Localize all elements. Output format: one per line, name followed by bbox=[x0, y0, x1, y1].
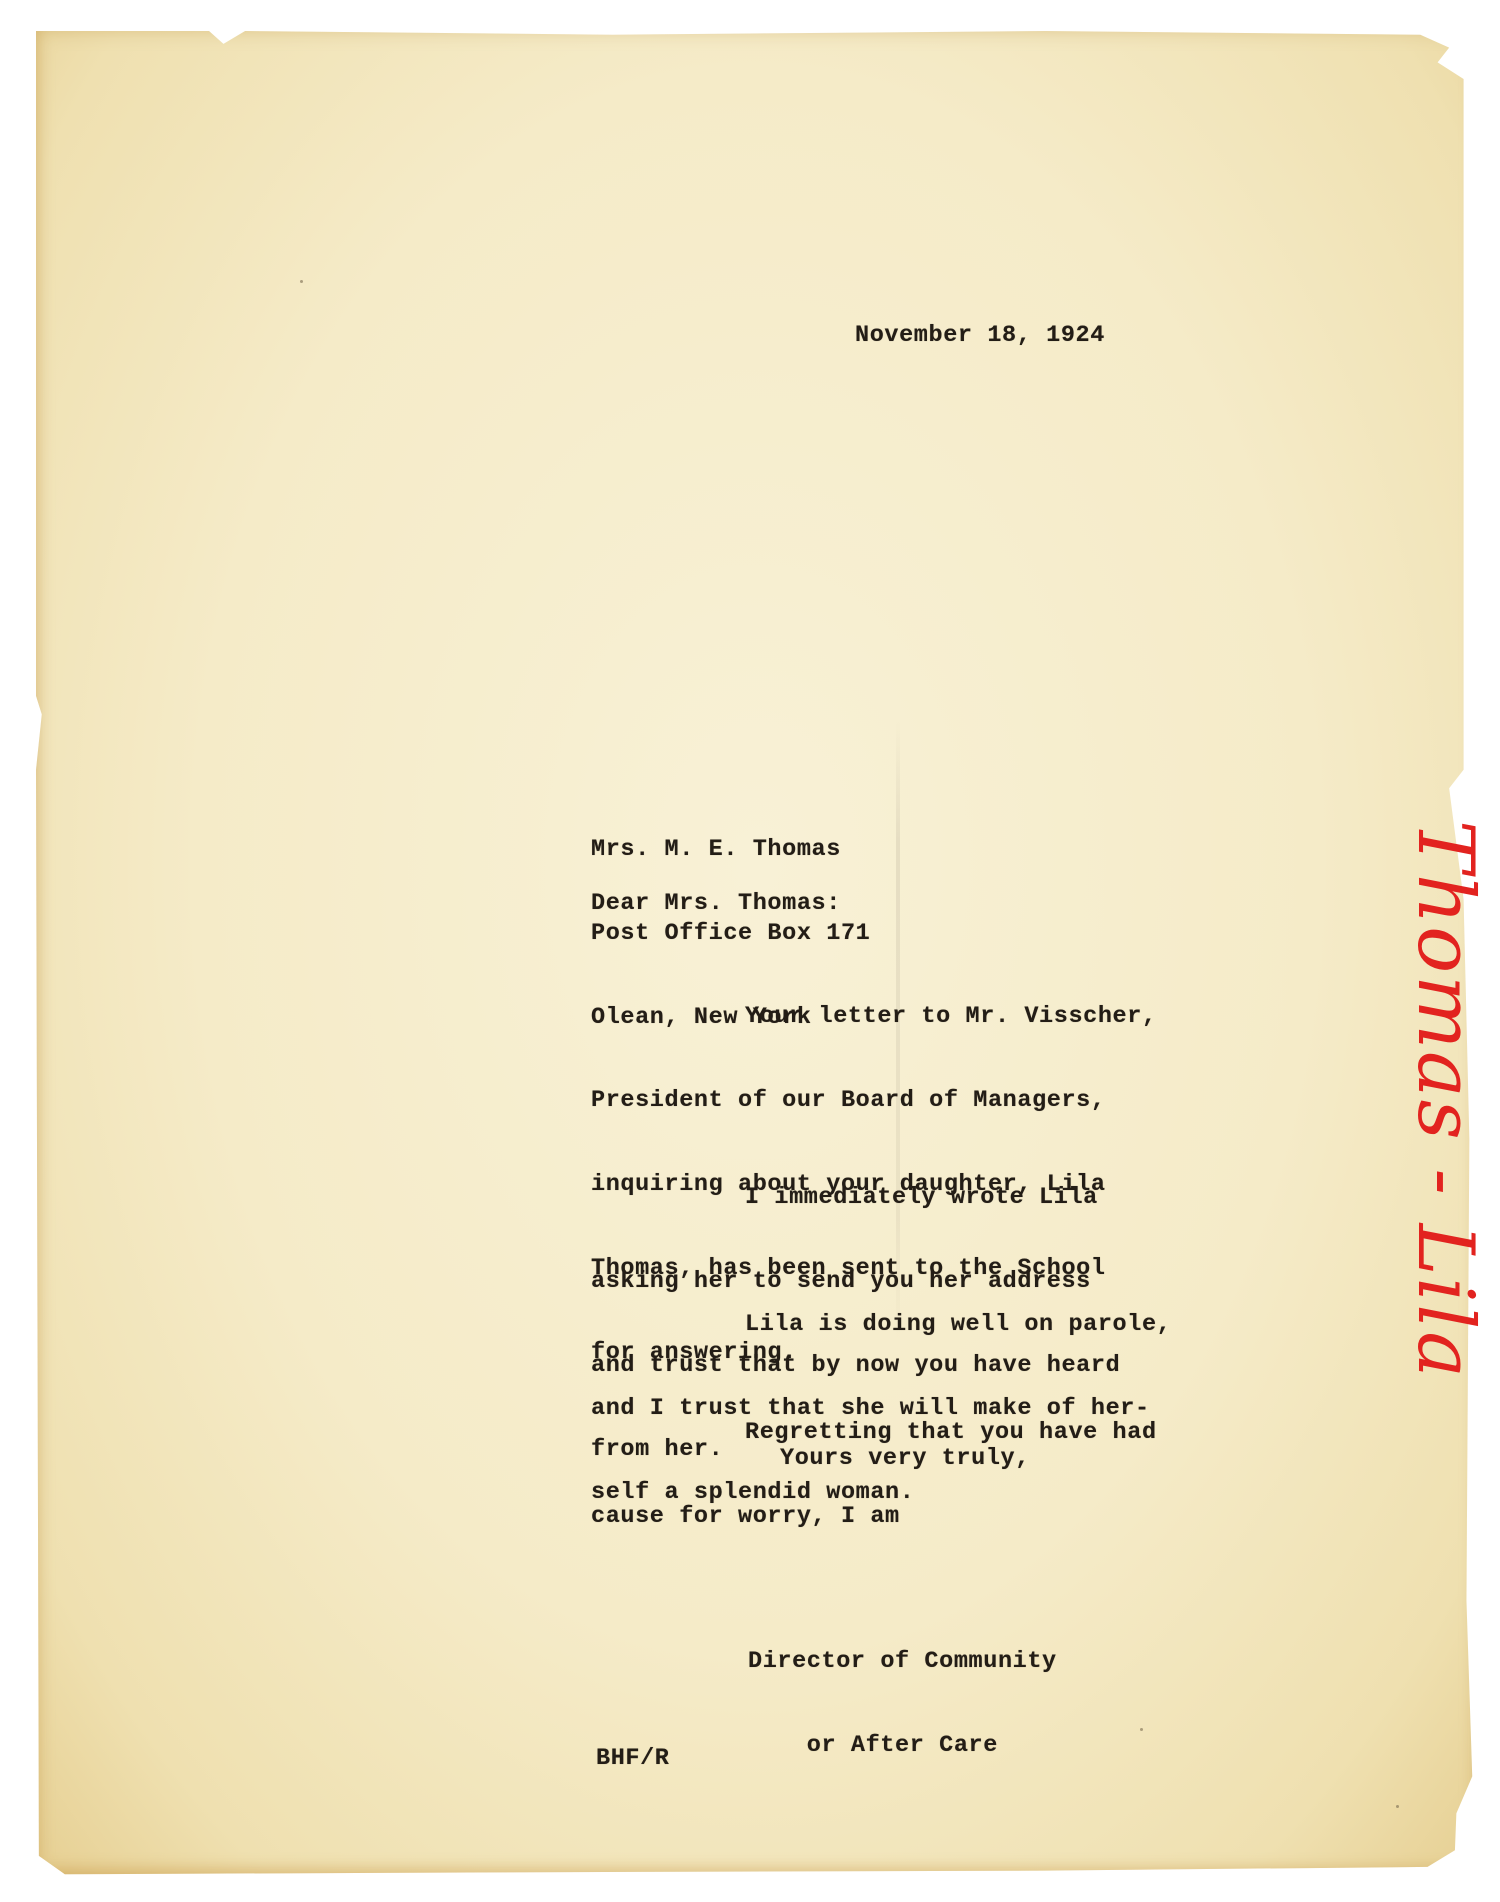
paragraph-line: Your letter to Mr. Visscher, bbox=[591, 1003, 1157, 1031]
paragraph-line: President of our Board of Managers, bbox=[591, 1087, 1157, 1115]
paper-speck bbox=[1396, 1805, 1399, 1808]
paragraph-line: Lila is doing well on parole, bbox=[591, 1311, 1171, 1339]
paragraph-line: Regretting that you have had bbox=[591, 1419, 1157, 1447]
signature-block: Director of Community or After Care bbox=[748, 1592, 1057, 1788]
address-line: Post Office Box 171 bbox=[591, 920, 870, 948]
signature-title-line: or After Care bbox=[748, 1732, 1057, 1760]
salutation: Dear Mrs. Thomas: bbox=[591, 890, 841, 918]
letter-date: November 18, 1924 bbox=[855, 322, 1105, 350]
address-line: Mrs. M. E. Thomas bbox=[591, 836, 870, 864]
handwritten-annotation: Thomas - Lila bbox=[1400, 820, 1490, 1250]
paper-speck bbox=[300, 280, 303, 283]
paper-speck bbox=[1140, 1728, 1143, 1731]
paragraph-line: I immediately wrote Lila bbox=[591, 1184, 1120, 1212]
complimentary-close: Yours very truly, bbox=[780, 1445, 1030, 1473]
reference-initials: BHF/R bbox=[596, 1745, 670, 1773]
paragraph-line: cause for worry, I am bbox=[591, 1503, 1157, 1531]
signature-title-line: Director of Community bbox=[748, 1648, 1057, 1676]
